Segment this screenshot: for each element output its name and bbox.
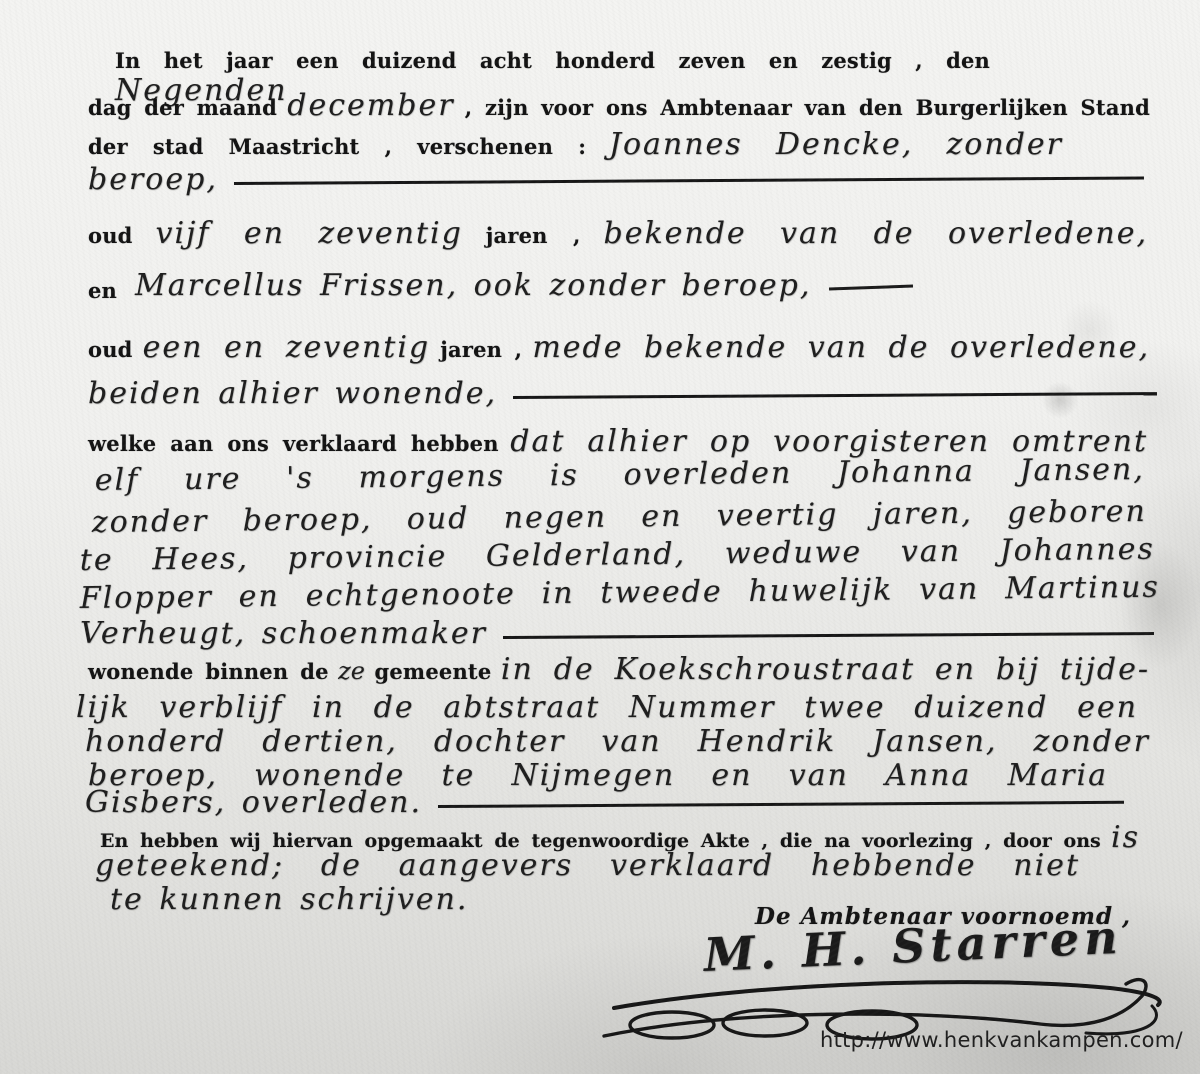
residence-line: wonende binnen de ze gemeente in de Koek… — [88, 652, 1150, 687]
fill-rule — [438, 801, 1124, 808]
handwritten-text: is — [1111, 820, 1140, 855]
handwritten-name: Joannes Dencke, zonder — [609, 127, 1063, 162]
handwritten-text: te kunnen schrijven. — [110, 882, 468, 917]
handwritten-age: een en zeventig — [143, 330, 430, 365]
printed-text: jaren , — [440, 337, 522, 362]
mother-deceased-line: Gisbers, overleden. — [85, 785, 1130, 820]
handwritten-text: Gisbers, overleden. — [85, 785, 422, 820]
handwritten-text: Verheugt, schoenmaker — [80, 616, 487, 651]
printed-text: welke aan ons verklaard hebben — [88, 431, 499, 456]
printed-text: der stad Maastricht , verschenen : — [88, 134, 586, 159]
handwritten-name: Marcellus Frissen, ook zonder beroep, — [135, 268, 811, 303]
date-officials-line: dag der maand december , zijn voor ons A… — [88, 88, 1150, 123]
watermark-url: http://www.henkvankampen.com/ — [820, 1028, 1183, 1052]
father-line: honderd dertien, dochter van Hendrik Jan… — [85, 724, 1150, 759]
printed-text: en — [88, 278, 117, 303]
handwritten-text: Flopper en echtgenoote in tweede huwelij… — [80, 570, 1160, 616]
declarant1-profession-line: beroep, — [88, 162, 1150, 197]
address-line: lijk verblijf in de abtstraat Nummer twe… — [76, 690, 1138, 725]
declarant1-line: der stad Maastricht , verschenen : Joann… — [88, 127, 1063, 162]
printed-text: jaren , — [486, 223, 581, 248]
second-husband-line: Verheugt, schoenmaker — [80, 616, 1160, 651]
printed-text: In het jaar een duizend acht honderd zev… — [115, 48, 990, 73]
handwritten-text: geteekend; de aangevers verklaard hebben… — [95, 848, 1080, 883]
handwritten-month: december — [287, 88, 454, 123]
handwritten-insert: ze — [338, 657, 365, 685]
handwritten-text: lijk verblijf in de abtstraat Nummer twe… — [76, 690, 1138, 725]
handwritten-street: in de Koekschroustraat en bij tijde- — [501, 652, 1150, 687]
death-certificate: In het jaar een duizend acht honderd zev… — [0, 0, 1200, 1074]
fill-rule — [234, 176, 1144, 185]
printed-text: wonende binnen de — [88, 659, 329, 684]
signing-line-1: geteekend; de aangevers verklaard hebben… — [95, 848, 1080, 883]
printed-text: dag der maand — [88, 95, 277, 120]
husbands-line: Flopper en echtgenoote in tweede huwelij… — [80, 570, 1160, 616]
signing-line-2: te kunnen schrijven. — [110, 882, 468, 917]
printed-text: oud — [88, 223, 133, 248]
handwritten-text: beroep, — [88, 162, 218, 197]
handwritten-age: vijf en zeventig — [156, 216, 463, 251]
handwritten-text: mede bekende van de overledene, — [532, 330, 1150, 365]
residence-declarants-line: beiden alhier wonende, — [88, 376, 1163, 411]
handwritten-text: bekende van de overledene, — [603, 216, 1148, 251]
declarant1-age-line: oud vijf en zeventig jaren , bekende van… — [88, 216, 1148, 251]
handwritten-text: honderd dertien, dochter van Hendrik Jan… — [85, 724, 1150, 759]
printed-text: oud — [88, 337, 133, 362]
fill-rule — [503, 632, 1154, 639]
fill-rule — [513, 392, 1157, 399]
declarant2-age-line: oud een en zeventig jaren , mede bekende… — [88, 330, 1150, 365]
fill-dash — [829, 285, 913, 291]
handwritten-text: beiden alhier wonende, — [88, 376, 497, 411]
printed-text: , zijn voor ons Ambtenaar van den Burger… — [465, 95, 1150, 120]
declarant2-line: en Marcellus Frissen, ook zonder beroep, — [88, 268, 788, 303]
printed-text: gemeente — [374, 659, 491, 684]
